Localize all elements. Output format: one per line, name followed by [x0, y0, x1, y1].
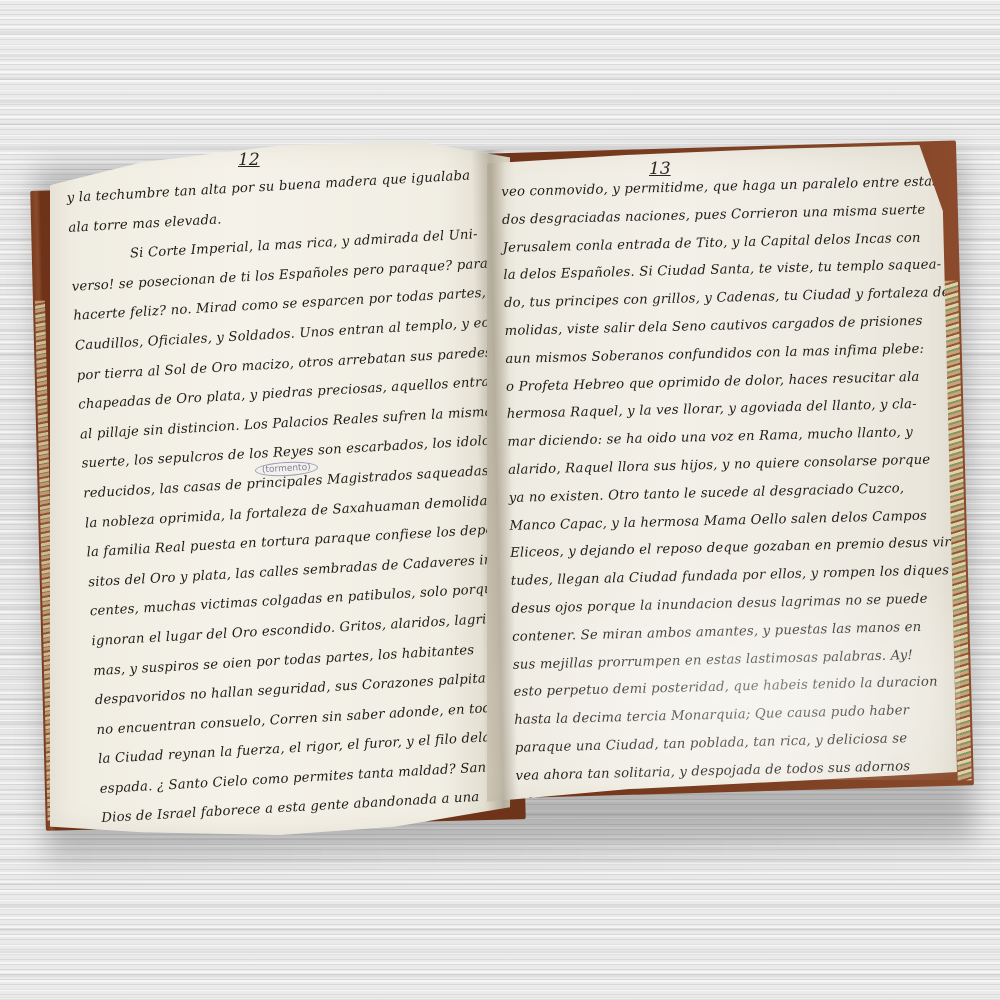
- handwritten-text: veo conmovido, y permitidme, que haga un…: [501, 168, 957, 805]
- right-page: 13 veo conmovido, y permitidme, que haga…: [487, 145, 957, 805]
- page-number: 12: [238, 150, 260, 170]
- left-page: 12 (tormento) y la techumbre tan alta po…: [50, 140, 510, 835]
- handwritten-text: y la techumbre tan alta por su buena mad…: [66, 160, 510, 835]
- photo-scene: 12 (tormento) y la techumbre tan alta po…: [0, 0, 1000, 1000]
